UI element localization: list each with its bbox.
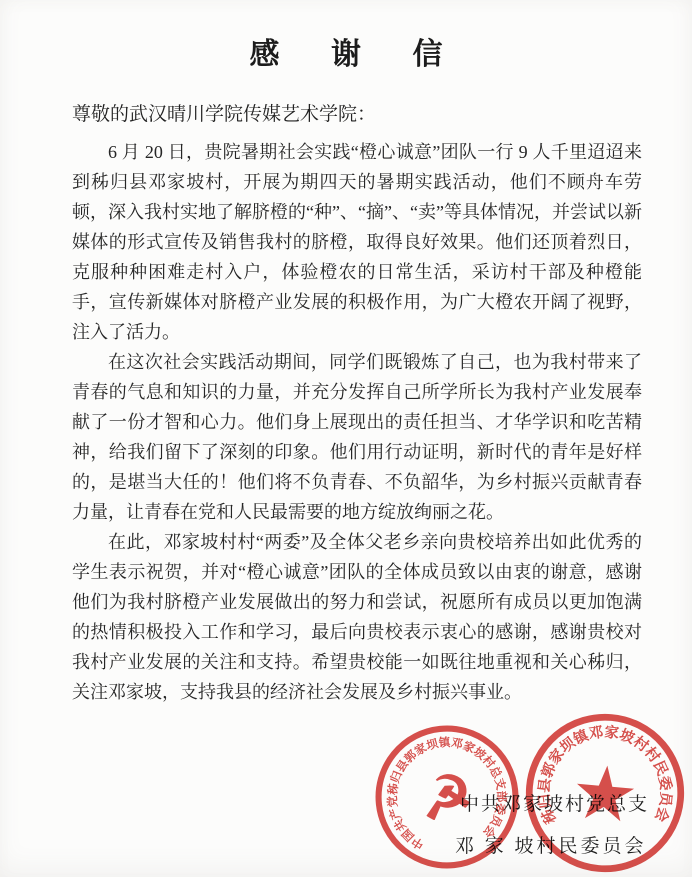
signature-village-committee: 邓 家 坡村民委员会 (455, 831, 647, 858)
thank-you-letter-page: 感 谢 信 尊敬的武汉晴川学院传媒艺术学院： 6 月 20 日，贵院暑期社会实践… (0, 0, 692, 877)
seal-ring-text: 秭归县郭家坝镇邓家坡村村民委员会 (532, 717, 681, 837)
letter-body: 尊敬的武汉晴川学院传媒艺术学院： 6 月 20 日，贵院暑期社会实践“橙心诚意”… (0, 102, 692, 707)
signature-party-branch: 中共邓家坡村党总支 (460, 789, 649, 816)
paragraph-2: 在这次社会实践活动期间，同学们既锻炼了自己，也为我村带来了青春的气息和知识的力量… (72, 347, 642, 527)
paragraph-1: 6 月 20 日，贵院暑期社会实践“橙心诚意”团队一行 9 人千里迢迢来到秭归县… (72, 137, 642, 347)
letter-title: 感 谢 信 (0, 0, 692, 72)
paragraph-3: 在此，邓家坡村村“两委”及全体父老乡亲向贵校培养出如此优秀的学生表示祝贺，并对“… (72, 527, 642, 707)
salutation: 尊敬的武汉晴川学院传媒艺术学院： (72, 102, 642, 128)
